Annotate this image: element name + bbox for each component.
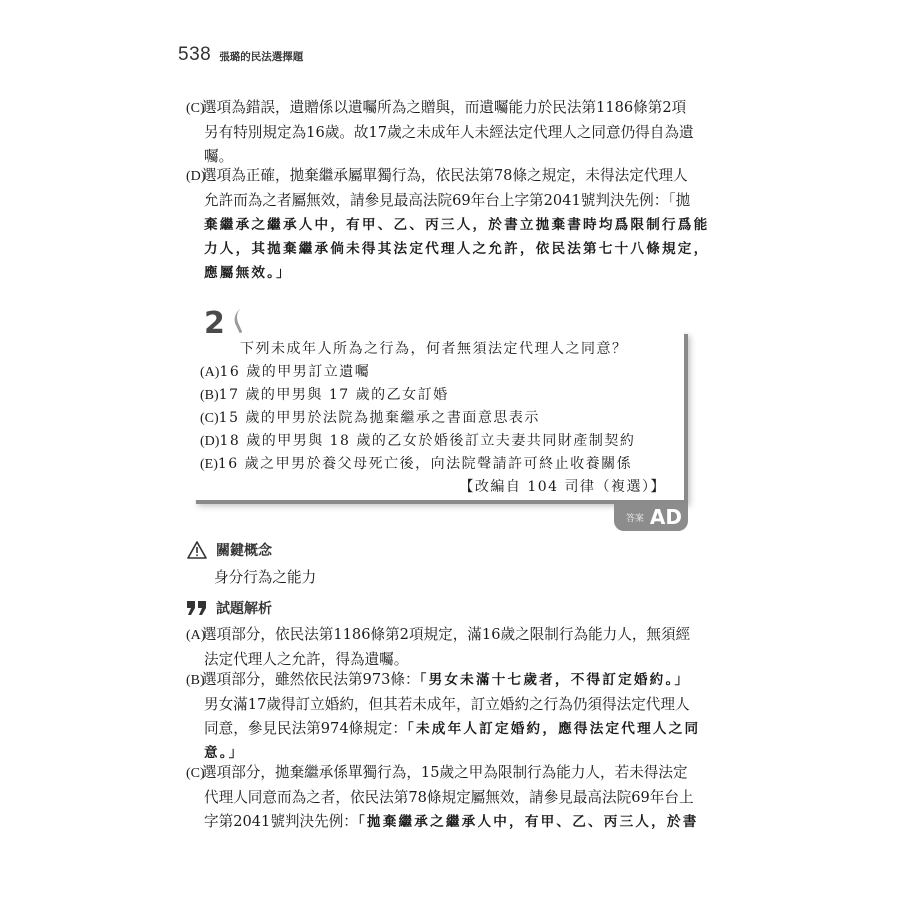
page-header: 538 張璐的民法選擇題 <box>178 44 303 66</box>
case-quote-line: 應屬無效。」 <box>186 261 700 285</box>
option-text: 18 歲的甲男與 18 歲的乙女於婚後訂立夫妻共同財產制契約 <box>219 433 635 449</box>
option-label: (D) <box>200 434 219 449</box>
section-title: 關鍵概念 <box>216 540 272 560</box>
text-line: 選項部分，依民法第1186條第2項規定，滿16歲之限制行為能力人，無須經 <box>202 626 690 643</box>
text-line: 選項為正確，拋棄繼承屬單獨行為，依民法第78條之規定，未得法定代理人 <box>202 167 688 184</box>
option-text: 15 歲的甲男於法院為拋棄繼承之書面意思表示 <box>219 410 540 426</box>
option-label: (B) <box>200 388 219 403</box>
option-d: (D)18 歲的甲男與 18 歲的乙女於婚後訂立夫妻共同財產制契約 <box>200 430 680 453</box>
text-line: 另有特別規定為16歲。故17歲之未成年人未經法定代理人之同意仍得自為遺 <box>186 121 700 145</box>
book-title: 張璐的民法選擇題 <box>219 49 303 64</box>
question-number: 2 <box>204 306 225 341</box>
section-title: 試題解析 <box>216 598 272 618</box>
case-quote-line: 力人，其拋棄繼承倘未得其法定代理人之允許，依民法第七十八條規定， <box>186 237 700 261</box>
warning-triangle-icon <box>186 541 208 559</box>
option-c: (C)15 歲的甲男於法院為拋棄繼承之書面意思表示 <box>200 407 680 430</box>
answer-label: 答案 <box>626 511 644 524</box>
text-line: 代理人同意而為之者，依民法第78條規定屬無效，請參見最高法院69年台上 <box>186 786 700 810</box>
text-line: 字第2041號判決先例： <box>204 813 358 830</box>
text-line: 男女滿17歲得訂立婚約，但其若未成年，訂立婚約之行為仍須得法定代理人 <box>186 693 700 717</box>
option-text: 16 歲之甲男於養父母死亡後，向法院聲請許可終止收養關係 <box>218 456 632 472</box>
option-text: 16 歲的甲男訂立遺囑 <box>219 364 370 380</box>
option-label: (C) <box>186 97 202 121</box>
question-content: 下列未成年人所為之行為，何者無須法定代理人之同意？ (A)16 歲的甲男訂立遺囑… <box>200 338 680 499</box>
option-label: (C) <box>200 411 219 426</box>
statute-quote: 「未成年人訂定婚約，應得法定代理人之同 <box>407 721 700 737</box>
option-label: (A) <box>186 624 202 648</box>
analysis-a: (A)選項部分，依民法第1186條第2項規定，滿16歲之限制行為能力人，無須經 … <box>186 623 700 672</box>
option-label: (D) <box>186 165 202 189</box>
text-line: 同意，參見民法第974條規定： <box>204 720 407 737</box>
option-label: (B) <box>186 669 202 693</box>
text-line: 選項部分，雖然依民法第973條： <box>202 671 420 688</box>
prev-explanation-d: (D)選項為正確，拋棄繼承屬單獨行為，依民法第78條之規定，未得法定代理人 允許… <box>186 164 700 285</box>
prev-explanation-c: (C)選項為錯誤，遺贈係以遺囑所為之贈與，而遺囑能力於民法第1186條第2項 另… <box>186 96 700 169</box>
analysis-heading: 試題解析 <box>186 598 272 618</box>
option-text: 17 歲的甲男與 17 歲的乙女訂婚 <box>219 387 449 403</box>
option-label: (C) <box>186 762 202 786</box>
statute-quote: 「男女未滿十七歲者，不得訂定婚約。」 <box>420 672 691 688</box>
text-line: 允許而為之者屬無效，請參見最高法院69年台上字第2041號判決先例：「拋 <box>186 189 700 213</box>
question-stem: 下列未成年人所為之行為，何者無須法定代理人之同意？ <box>200 338 680 361</box>
text-line: 選項為錯誤，遺贈係以遺囑所為之贈與，而遺囑能力於民法第1186條第2項 <box>202 99 686 116</box>
question-source: 【改編自 104 司律（複選）】 <box>200 476 680 499</box>
analysis-c: (C)選項部分，拋棄繼承係單獨行為，15歲之甲為限制行為能力人，若未得法定 代理… <box>186 761 700 834</box>
option-label: (A) <box>200 365 219 380</box>
option-label: (E) <box>200 457 218 472</box>
analysis-b: (B)選項部分，雖然依民法第973條：「男女未滿十七歲者，不得訂定婚約。」 男女… <box>186 668 700 765</box>
answer-value: AD <box>650 505 682 529</box>
case-quote: 「拋棄繼承之繼承人中，有甲、乙、丙三人，於書 <box>358 814 699 830</box>
case-quote-line: 棄繼承之繼承人中，有甲、乙、丙三人，於書立拋棄書時均爲限制行爲能 <box>186 213 700 237</box>
text-line: 選項部分，拋棄繼承係單獨行為，15歲之甲為限制行為能力人，若未得法定 <box>202 764 688 781</box>
page-number: 538 <box>178 44 211 66</box>
quote-marks-icon <box>186 600 208 616</box>
key-concept-text: 身分行為之能力 <box>214 566 316 587</box>
answer-badge: 答案 AD <box>614 503 688 531</box>
key-concept-heading: 關鍵概念 <box>186 540 272 560</box>
option-b: (B)17 歲的甲男與 17 歲的乙女訂婚 <box>200 384 680 407</box>
option-a: (A)16 歲的甲男訂立遺囑 <box>200 361 680 384</box>
option-e: (E)16 歲之甲男於養父母死亡後，向法院聲請許可終止收養關係 <box>200 453 680 476</box>
